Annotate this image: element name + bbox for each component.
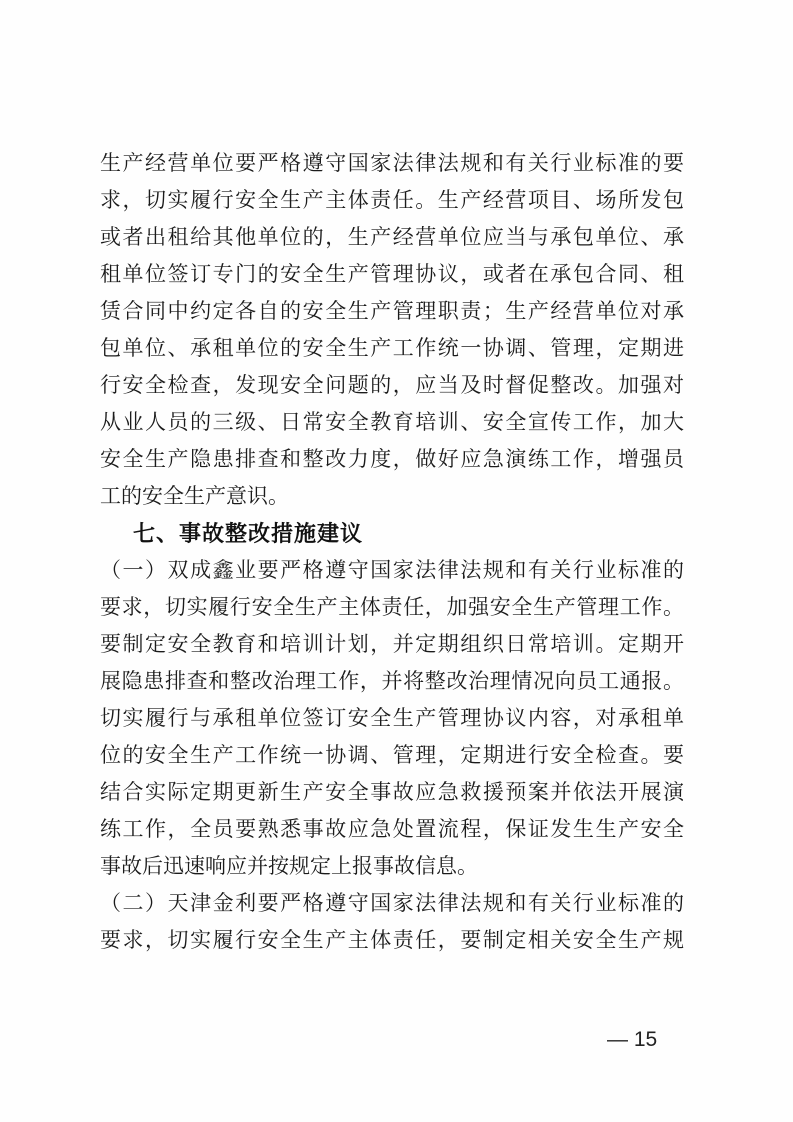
text-line: 要求，切实履行安全生产主体责任，加强安全生产管理工作。 (100, 589, 684, 626)
document-body: 生产经营单位要严格遵守国家法律法规和有关行业标准的要求，切实履行安全生产主体责任… (100, 145, 684, 959)
section-heading: 七、事故整改措施建议 (100, 515, 684, 552)
text-line: 位的安全生产工作统一协调、管理，定期进行安全检查。要 (100, 737, 684, 774)
text-line: 从业人员的三级、日常安全教育培训、安全宣传工作，加大 (100, 404, 684, 441)
text-line: 租单位签订专门的安全生产管理协议，或者在承包合同、租 (100, 256, 684, 293)
document-page: 生产经营单位要严格遵守国家法律法规和有关行业标准的要求，切实履行安全生产主体责任… (0, 0, 793, 1122)
page-number: — 15 (607, 1028, 657, 1051)
text-line: 要制定安全教育和培训计划，并定期组织日常培训。定期开 (100, 626, 684, 663)
text-line: 练工作，全员要熟悉事故应急处置流程，保证发生生产安全 (100, 811, 684, 848)
text-line: 生产经营单位要严格遵守国家法律法规和有关行业标准的要 (100, 145, 684, 182)
text-line: 行安全检查，发现安全问题的，应当及时督促整改。加强对 (100, 367, 684, 404)
text-line: 赁合同中约定各自的安全生产管理职责；生产经营单位对承 (100, 293, 684, 330)
text-line: 切实履行与承租单位签订安全生产管理协议内容，对承租单 (100, 700, 684, 737)
text-line: 包单位、承租单位的安全生产工作统一协调、管理，定期进 (100, 330, 684, 367)
page-footer: — 15 (607, 1027, 657, 1053)
text-line: （二）天津金利要严格遵守国家法律法规和有关行业标准的 (100, 885, 684, 922)
text-line: 求，切实履行安全生产主体责任。生产经营项目、场所发包 (100, 182, 684, 219)
text-line: 结合实际定期更新生产安全事故应急救援预案并依法开展演 (100, 774, 684, 811)
text-line: 或者出租给其他单位的，生产经营单位应当与承包单位、承 (100, 219, 684, 256)
text-line: 要求，切实履行安全生产主体责任，要制定相关安全生产规 (100, 922, 684, 959)
text-line: （一）双成鑫业要严格遵守国家法律法规和有关行业标准的 (100, 552, 684, 589)
text-line: 安全生产隐患排查和整改力度，做好应急演练工作，增强员 (100, 441, 684, 478)
text-line: 工的安全生产意识。 (100, 478, 684, 515)
text-line: 事故后迅速响应并按规定上报事故信息。 (100, 848, 684, 885)
text-line: 展隐患排查和整改治理工作，并将整改治理情况向员工通报。 (100, 663, 684, 700)
